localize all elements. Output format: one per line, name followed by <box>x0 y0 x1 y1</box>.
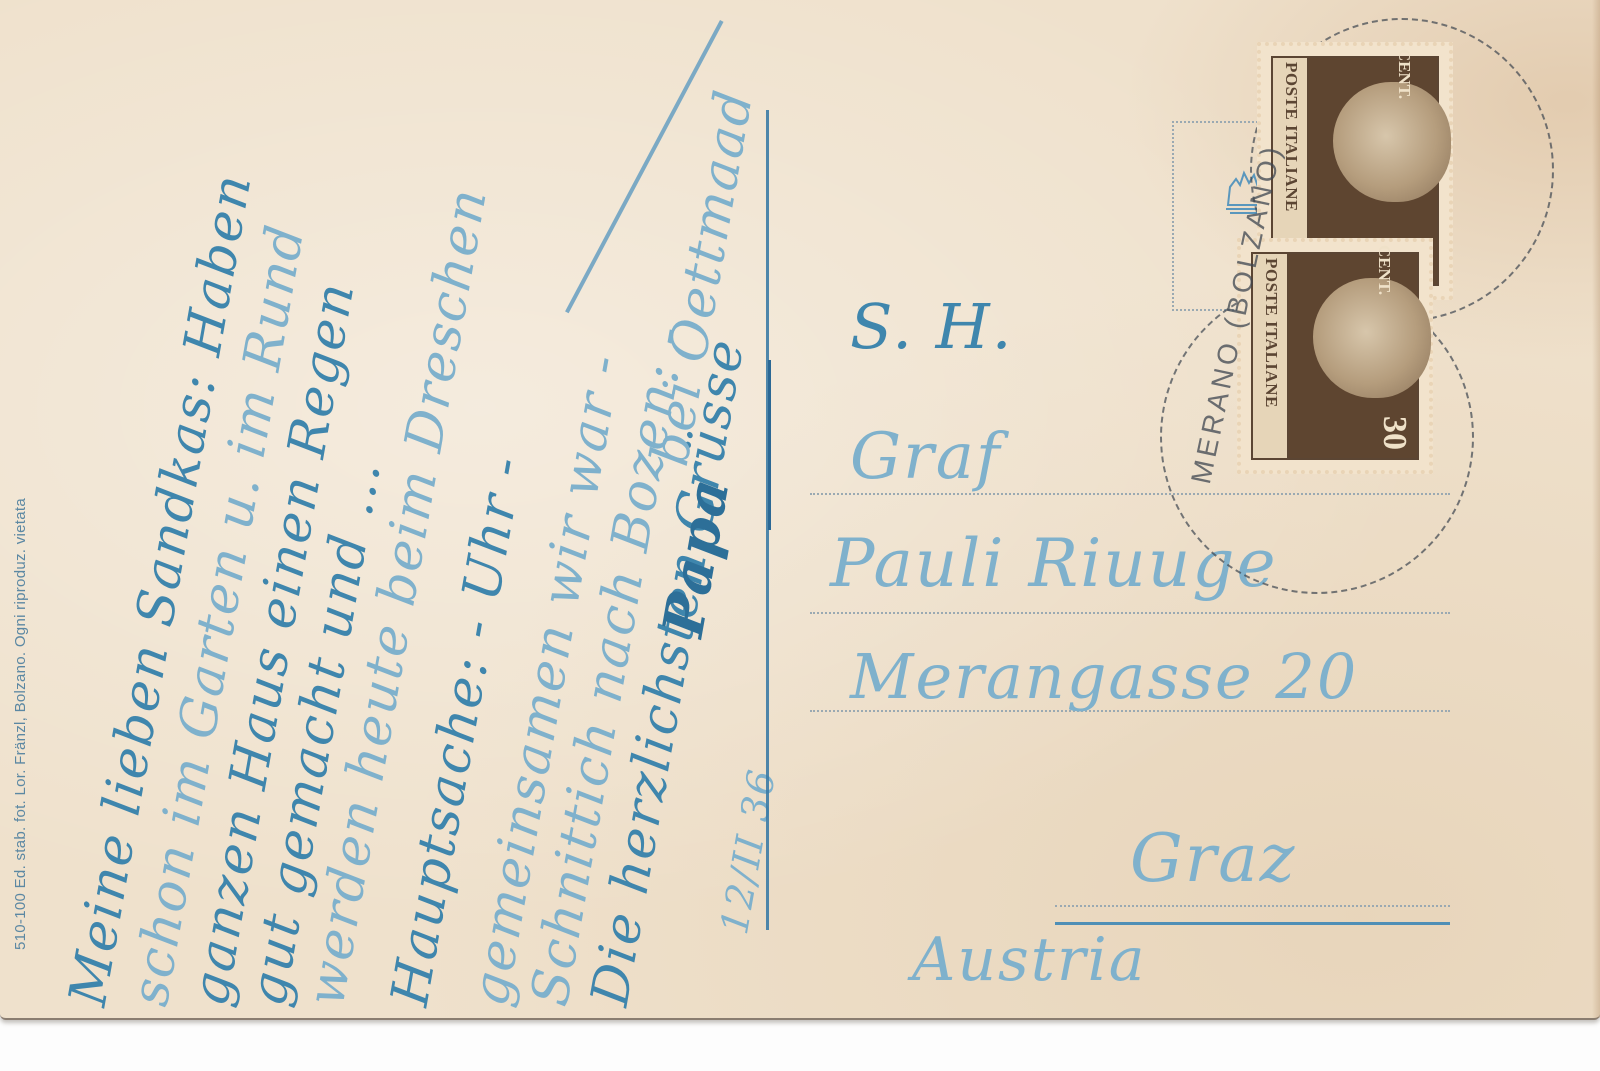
postage-stamp: POSTE ITALIANE CENT. 30 <box>1237 238 1433 474</box>
publisher-imprint: 510-100 Ed. stab. fot. Lor. Fränzl, Bolz… <box>12 498 29 950</box>
stamp-value: 30 <box>1375 416 1413 450</box>
stamp-issuer: POSTE ITALIANE <box>1261 258 1281 408</box>
center-divider-accent <box>768 360 771 530</box>
stamp-currency: CENT. <box>1394 49 1414 99</box>
address-street: Merangasse 20 <box>850 640 1358 713</box>
stamp-portrait <box>1313 278 1431 398</box>
address-dotted-line <box>810 612 1450 614</box>
address-country: Austria <box>912 925 1147 995</box>
address-dotted-line <box>1055 905 1450 907</box>
address-title: Graf <box>850 420 1002 494</box>
card-edge-shadow <box>1592 0 1600 1018</box>
address-city: Graz <box>1130 820 1296 897</box>
postcard-back: 510-100 Ed. stab. fot. Lor. Fränzl, Bolz… <box>0 0 1600 1020</box>
message-date: 12/II 36 <box>712 765 784 938</box>
stamp-issuer: POSTE ITALIANE <box>1281 62 1301 212</box>
stamp-currency: CENT. <box>1374 245 1394 295</box>
stamp-portrait <box>1333 82 1451 202</box>
address-salutation: S. H. <box>850 290 1013 363</box>
